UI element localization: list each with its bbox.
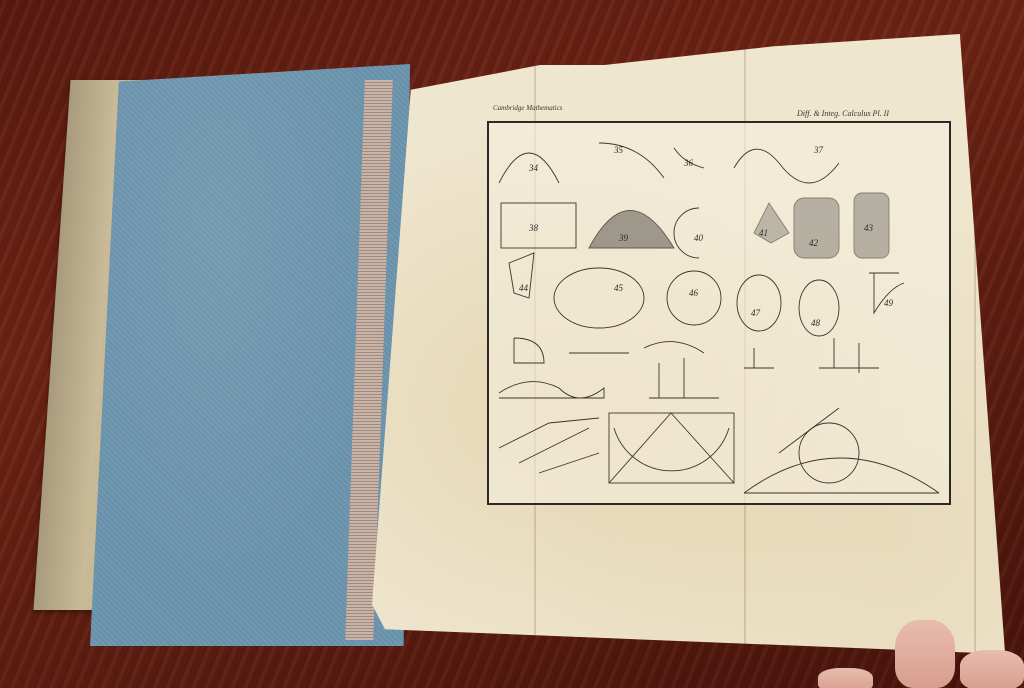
finger — [960, 650, 1024, 688]
figure-number: 38 — [529, 223, 538, 233]
folding-plate-page: Cambridge Mathematics Diff. & Integ. Cal… — [372, 34, 1018, 654]
figure-number: 36 — [684, 158, 693, 168]
figure-number: 43 — [864, 223, 873, 233]
plate-header-left: Cambridge Mathematics — [493, 104, 562, 112]
finger — [818, 668, 873, 688]
figure-number: 34 — [529, 163, 538, 173]
figure-number: 47 — [751, 308, 760, 318]
figure-number: 41 — [759, 228, 768, 238]
finger — [895, 620, 955, 688]
figure-number: 44 — [519, 283, 528, 293]
figure-number: 48 — [811, 318, 820, 328]
figure-number: 40 — [694, 233, 703, 243]
figure-number: 42 — [809, 238, 818, 248]
engraved-plate: 34 35 36 37 38 39 40 41 42 43 44 45 46 4… — [487, 121, 951, 505]
figure-number: 49 — [884, 298, 893, 308]
figure-number: 37 — [814, 145, 823, 155]
figure-number: 46 — [689, 288, 698, 298]
figure-number: 45 — [614, 283, 623, 293]
figure-number: 35 — [614, 145, 623, 155]
diagrams-drawing — [489, 123, 949, 503]
plate-header-right: Diff. & Integ. Calculus Pl. II — [797, 109, 889, 118]
figure-number: 39 — [619, 233, 628, 243]
